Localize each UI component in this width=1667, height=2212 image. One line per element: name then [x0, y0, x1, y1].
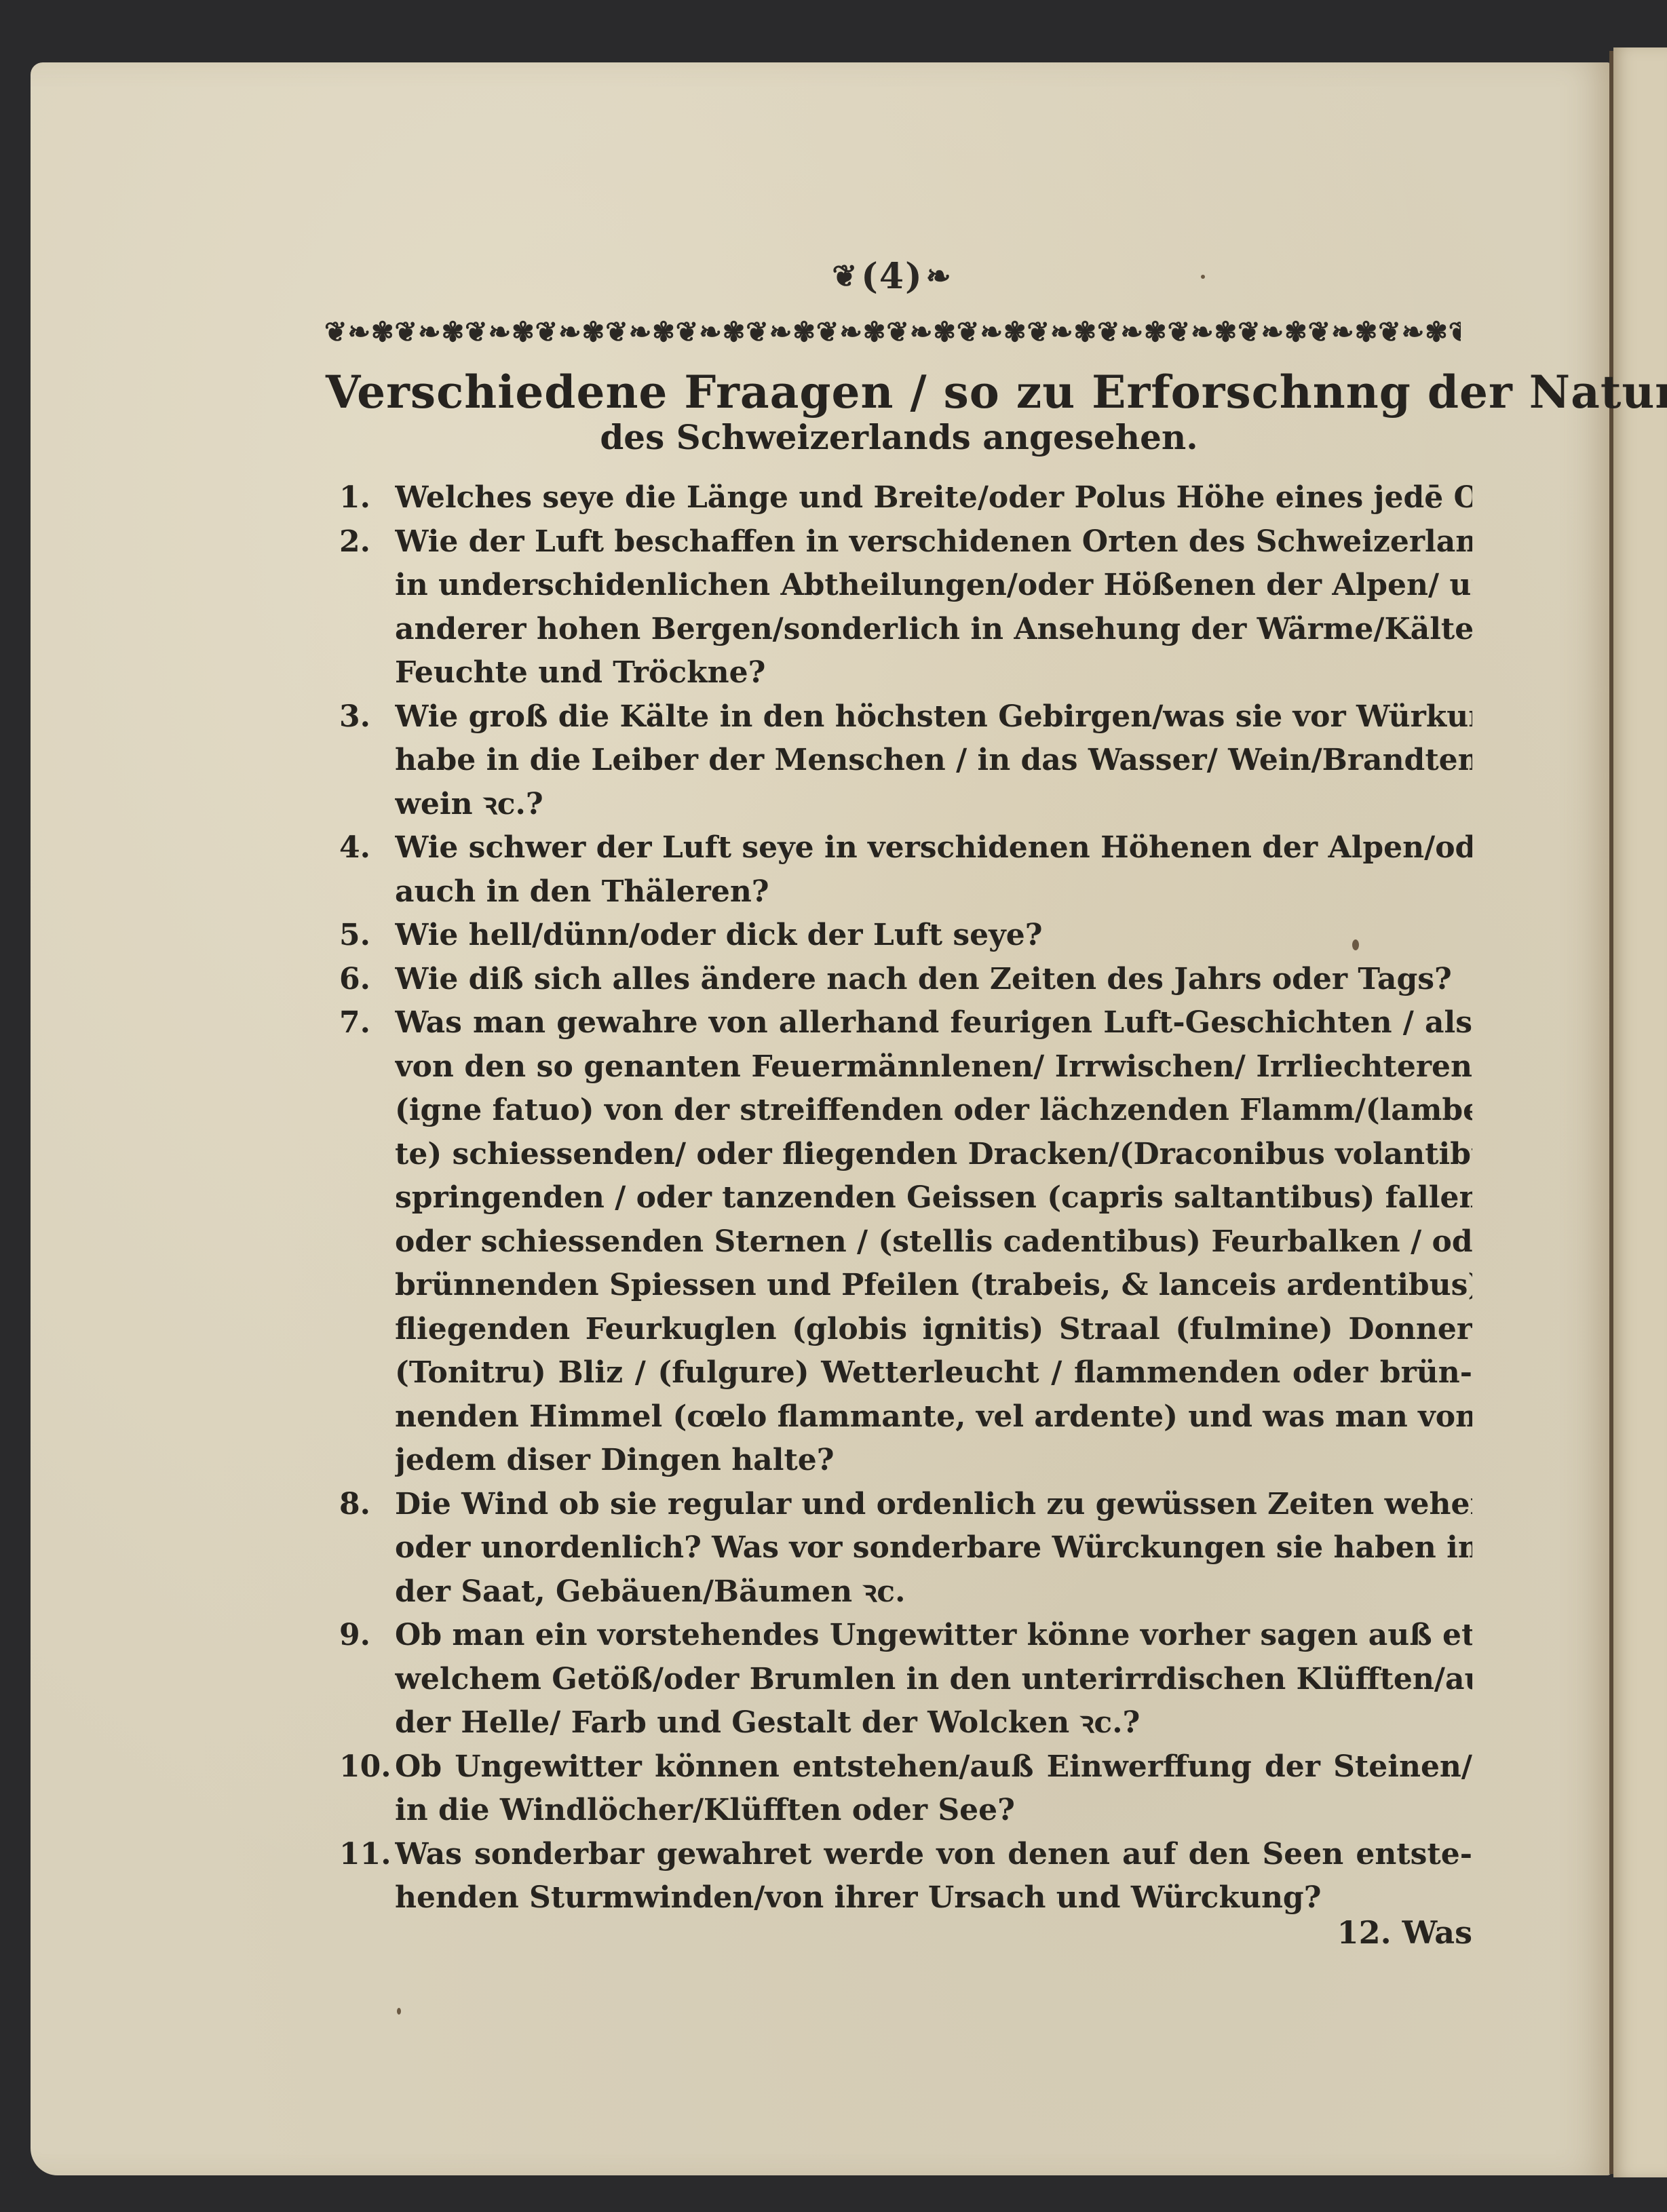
- question-line: fliegenden Feurkuglen (globis ignitis) S…: [395, 1308, 1472, 1352]
- question-number: 8.: [339, 1483, 392, 1527]
- question-number: 1.: [339, 476, 392, 520]
- question-2: 2. Wie der Luft beschaffen in verschiden…: [339, 520, 1472, 695]
- question-line: Wie schwer der Luft seye in verschidenen…: [395, 826, 1472, 870]
- paper-speck: [1352, 939, 1359, 950]
- question-line: Was sonderbar gewahret werde von denen a…: [395, 1833, 1472, 1877]
- question-number: 10.: [339, 1745, 392, 1789]
- question-line: Wie der Luft beschaffen in verschidenen …: [395, 520, 1472, 564]
- question-line: Wie diß sich alles ändere nach den Zeite…: [395, 958, 1472, 1002]
- question-line: wein ꝛc.?: [395, 783, 1472, 827]
- question-number: 4.: [339, 826, 392, 870]
- catchword: 12. Was: [1289, 1914, 1472, 1951]
- question-list: 1. Welches seye die Länge und Breite/ode…: [339, 476, 1472, 1920]
- question-line: Die Wind ob sie regular und ordenlich zu…: [395, 1483, 1472, 1527]
- question-7: 7. Was man gewahre von allerhand feurige…: [339, 1001, 1472, 1483]
- page-number: (4): [861, 256, 923, 297]
- question-number: 6.: [339, 958, 392, 1002]
- question-line: in underschidenlichen Abtheilungen/oder …: [395, 564, 1472, 608]
- page-subtitle: des Schweizerlands angesehen.: [326, 417, 1472, 458]
- question-number: 3.: [339, 695, 392, 739]
- question-line: oder schiessenden Sternen / (stellis cad…: [395, 1220, 1472, 1264]
- question-line: Feuchte und Tröckne?: [395, 651, 1472, 695]
- question-line: (igne fatuo) von der streiffenden oder l…: [395, 1089, 1472, 1133]
- page-number-header: ❦ (4) ❧: [794, 252, 991, 300]
- question-line: auch in den Thäleren?: [395, 870, 1472, 914]
- question-line: henden Sturmwinden/von ihrer Ursach und …: [395, 1876, 1472, 1920]
- question-10: 10. Ob Ungewitter können entstehen/auß E…: [339, 1745, 1472, 1833]
- question-line: von den so genanten Feuermännlenen/ Irrw…: [395, 1045, 1472, 1089]
- paper-speck: [397, 2008, 401, 2015]
- question-number: 9.: [339, 1614, 392, 1658]
- question-6: 6. Wie diß sich alles ändere nach den Ze…: [339, 958, 1472, 1002]
- question-line: nenden Himmel (cœlo flammante, vel arden…: [395, 1395, 1472, 1439]
- question-line: der Helle/ Farb und Gestalt der Wolcken …: [395, 1701, 1472, 1745]
- question-line: welchem Getöß/oder Brumlen in den unteri…: [395, 1658, 1472, 1702]
- question-4: 4. Wie schwer der Luft seye in verschide…: [339, 826, 1472, 914]
- question-line: springenden / oder tanzenden Geissen (ca…: [395, 1176, 1472, 1220]
- question-line: (Tonitru) Bliz / (fulgure) Wetterleucht …: [395, 1351, 1472, 1395]
- question-line: oder unordenlich? Was vor sonderbare Wür…: [395, 1526, 1472, 1570]
- question-5: 5. Wie hell/dünn/oder dick der Luft seye…: [339, 914, 1472, 958]
- question-line: Ob Ungewitter können entstehen/auß Einwe…: [395, 1745, 1472, 1789]
- question-number: 11.: [339, 1833, 392, 1877]
- question-line: jedem diser Dingen halte?: [395, 1439, 1472, 1483]
- page-title: Verschiedene Fraagen / so zu Erforschnng…: [326, 366, 1472, 418]
- question-number: 2.: [339, 520, 392, 564]
- question-8: 8. Die Wind ob sie regular und ordenlich…: [339, 1483, 1472, 1614]
- ornamental-border-icon: ❦❧✾❦❧✾❦❧✾❦❧✾❦❧✾❦❧✾❦❧✾❦❧✾❦❧✾❦❧✾❦❧✾❦❧✾❦❧✾❦…: [324, 309, 1461, 356]
- question-line: Welches seye die Länge und Breite/oder P…: [395, 476, 1472, 520]
- question-line: Was man gewahre von allerhand feurigen L…: [395, 1001, 1472, 1045]
- paper-speck: [1201, 275, 1205, 279]
- question-9: 9. Ob man ein vorstehendes Ungewitter kö…: [339, 1614, 1472, 1745]
- ornament-left-icon: ❦: [832, 259, 858, 294]
- question-line: te) schiessenden/ oder fliegenden Dracke…: [395, 1133, 1472, 1177]
- question-line: anderer hohen Bergen/sonderlich in Anseh…: [395, 608, 1472, 652]
- question-1: 1. Welches seye die Länge und Breite/ode…: [339, 476, 1472, 520]
- question-11: 11. Was sonderbar gewahret werde von den…: [339, 1833, 1472, 1920]
- question-line: der Saat, Gebäuen/Bäumen ꝛc.: [395, 1570, 1472, 1614]
- question-line: Ob man ein vorstehendes Ungewitter könne…: [395, 1614, 1472, 1658]
- ornament-right-icon: ❧: [926, 259, 953, 294]
- question-number: 5.: [339, 914, 392, 958]
- question-line: in die Windlöcher/Klüfften oder See?: [395, 1789, 1472, 1833]
- question-number: 7.: [339, 1001, 392, 1045]
- question-line: Wie hell/dünn/oder dick der Luft seye?: [395, 914, 1472, 958]
- question-line: habe in die Leiber der Menschen / in das…: [395, 739, 1472, 783]
- question-3: 3. Wie groß die Kälte in den höchsten Ge…: [339, 695, 1472, 827]
- question-line: brünnenden Spiessen und Pfeilen (trabeis…: [395, 1264, 1472, 1308]
- question-line: Wie groß die Kälte in den höchsten Gebir…: [395, 695, 1472, 739]
